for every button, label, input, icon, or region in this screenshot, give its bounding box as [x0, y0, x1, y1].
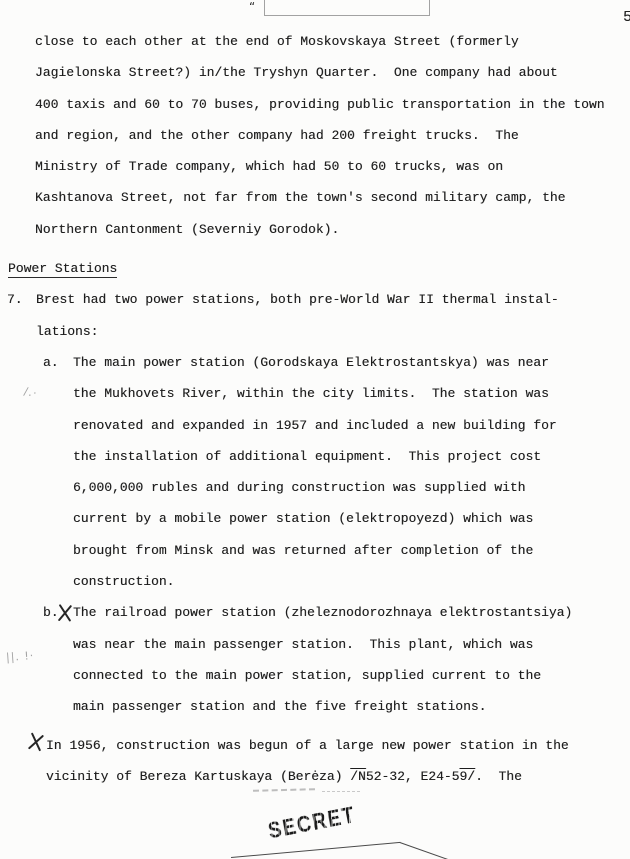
section-heading-power-stations: Power Stations	[0, 253, 630, 284]
typed-line-item-a: a.The main power station (Gorodskaya Ele…	[0, 347, 630, 378]
list-label-a: a.	[43, 347, 73, 378]
bracket-close: 9/	[459, 769, 475, 784]
typed-text: . The	[475, 769, 522, 784]
typed-line: was near the main passenger station. Thi…	[0, 629, 630, 660]
typed-line: lations:	[0, 316, 630, 347]
pencil-annotation: /.·	[23, 385, 39, 401]
bottom-stamp-box-edge	[400, 842, 449, 859]
bottom-stamp-box-edge	[231, 842, 400, 858]
typed-line: the Mukhovets River, within the city lim…	[0, 378, 630, 409]
pencil-smudge-line	[322, 791, 360, 792]
typed-line: 400 taxis and 60 to 70 buses, providing …	[0, 89, 630, 120]
typed-line: 6,000,000 rubles and during construction…	[0, 472, 630, 503]
document-page: “ 5 close to each other at the end of Mo…	[0, 0, 630, 859]
list-number-7: 7.	[7, 284, 36, 315]
handwritten-x-mark	[57, 605, 73, 621]
bracket-open: /N	[350, 769, 366, 784]
typed-line: close to each other at the end of Moskov…	[0, 26, 630, 57]
typed-line: Northern Cantonment (Severniy Gorodok).	[0, 214, 630, 245]
typed-text: Brest had two power stations, both pre-W…	[36, 292, 559, 307]
typed-line: connected to the main power station, sup…	[0, 660, 630, 691]
top-stamp-box	[264, 0, 430, 16]
typed-text: The railroad power station (zheleznodoro…	[73, 605, 572, 620]
typed-line-coordinates: vicinity of Bereza Kartuskaya (Berėza) /…	[0, 761, 630, 792]
typed-line-item-7: 7.Brest had two power stations, both pre…	[0, 284, 630, 315]
handwritten-x-mark	[27, 733, 45, 751]
typed-line: Jagielonska Street?) in/the Tryshyn Quar…	[0, 57, 630, 88]
typed-line: Ministry of Trade company, which had 50 …	[0, 151, 630, 182]
heading-text: Power Stations	[8, 261, 117, 278]
typed-line: current by a mobile power station (elekt…	[0, 503, 630, 534]
typed-text: vicinity of Bereza Kartuskaya (Berėza)	[46, 769, 350, 784]
typed-text: 52-32, E24-5	[366, 769, 460, 784]
secret-classification-stamp: SECRET	[266, 801, 358, 844]
typed-line: construction.	[0, 566, 630, 597]
top-quote-mark: “	[249, 0, 255, 14]
typed-line: main passenger station and the five frei…	[0, 691, 630, 722]
list-label-b: b.	[43, 597, 57, 628]
typed-line: and region, and the other company had 20…	[0, 120, 630, 151]
pencil-annotation: ||. !·	[6, 649, 35, 664]
typed-line-item-b: b.The railroad power station (zheleznodo…	[0, 597, 630, 628]
page-number: 5	[623, 9, 630, 26]
typed-line: Kashtanova Street, not far from the town…	[0, 182, 630, 213]
typed-line: brought from Minsk and was returned afte…	[0, 535, 630, 566]
typed-line: renovated and expanded in 1957 and inclu…	[0, 410, 630, 441]
typed-text: The main power station (Gorodskaya Elekt…	[73, 355, 549, 370]
typed-line: the installation of additional equipment…	[0, 441, 630, 472]
document-text: close to each other at the end of Moskov…	[0, 26, 630, 792]
typed-line: In 1956, construction was begun of a lar…	[0, 730, 630, 761]
